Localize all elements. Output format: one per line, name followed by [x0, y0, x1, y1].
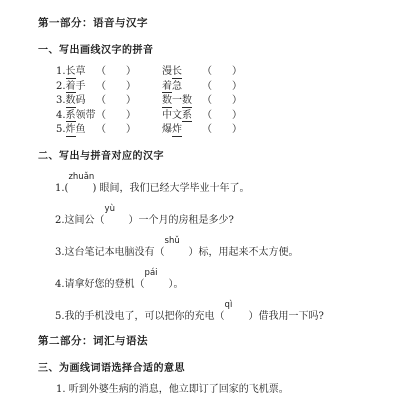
part2-title: 第二部分：词汇与语法	[38, 335, 390, 347]
pinyin-hint-line: 2.这间公（yù	[55, 203, 390, 214]
item-number: 4.	[56, 110, 66, 121]
character-text: 中文	[162, 110, 182, 121]
pinyin-hint-line: 3.这台笔记本电脑没有（shǔ	[55, 235, 390, 246]
word-second: 漫长	[162, 65, 202, 80]
pinyin-hint: pái	[145, 268, 158, 278]
word-first: 1.长草	[56, 65, 96, 80]
answer-blank: （）	[202, 65, 242, 80]
exercise-sentence: 4.请拿好您的登机（）。	[55, 278, 390, 291]
item-number: 2.	[56, 81, 66, 92]
underlined-character: 系	[182, 110, 192, 123]
underlined-character: 系	[66, 110, 76, 123]
word-second: 着急	[162, 80, 202, 95]
character-text: 一	[172, 95, 182, 106]
pinyin-hint-line: 5.我的手机没电了，可以把你的充电（qì	[55, 299, 390, 310]
underlined-character: 炸	[66, 124, 76, 137]
pinyin-hint: yù	[105, 204, 115, 214]
pinyin-row: 3.数码（）数一数（）	[56, 94, 390, 109]
underlined-character: 着	[162, 81, 172, 94]
item-number: 5.	[56, 124, 66, 135]
section1-title: 一、写出画线汉字的拼音	[38, 45, 390, 56]
underlined-character: 长	[66, 66, 76, 79]
underlined-character: 炸	[172, 124, 182, 137]
pinyin-hint-line: 4.请拿好您的登机（pái	[55, 267, 390, 278]
word-first: 2.着手	[56, 80, 96, 95]
underlined-character: 数	[162, 95, 172, 108]
answer-blank: （）	[202, 94, 242, 109]
word-second: 中文系	[162, 109, 202, 124]
pinyin-exercise-list: 1.长草（）漫长（）2.着手（）着急（）3.数码（）数一数（）4.系领带（）中文…	[56, 65, 390, 138]
pinyin-hint: zhuǎn	[68, 172, 94, 182]
pinyin-hint: qì	[225, 300, 233, 310]
character-text: 手	[76, 81, 86, 92]
character-text: 领带	[76, 110, 96, 121]
character-text: 漫	[162, 66, 172, 77]
pinyin-hint: shǔ	[165, 236, 180, 246]
answer-blank: （）	[96, 109, 136, 124]
character-text: 鱼	[76, 124, 86, 135]
answer-blank: （）	[96, 65, 136, 80]
word-first: 5.炸鱼	[56, 123, 96, 138]
character-text: 码	[76, 95, 86, 106]
pinyin-hint-line: 1.(zhuǎn	[55, 171, 390, 182]
underlined-character: 长	[172, 66, 182, 79]
word-second: 数一数	[162, 94, 202, 109]
word-first: 3.数码	[56, 94, 96, 109]
character-text: 爆	[162, 124, 172, 135]
exercise-sentence: 1.() 眼间，我们已经大学毕业十年了。	[55, 182, 390, 195]
character-exercise-item: 3.这台笔记本电脑没有（shǔ3.这台笔记本电脑没有（）标，用起来不太方便。	[55, 235, 390, 259]
pinyin-row: 5.炸鱼（）爆炸（）	[56, 123, 390, 138]
exercise-sentence: 2.这间公（）一个月的房租是多少?	[55, 214, 390, 227]
answer-blank: （）	[202, 123, 242, 138]
underlined-character: 数	[66, 95, 76, 108]
section2-title: 二、写出与拼音对应的汉字	[38, 151, 390, 162]
item-number: 3.	[56, 95, 66, 106]
meaning-exercise-item: 1. 听到外婆生病的消息，他立即订了回家的飞机票。	[56, 384, 390, 396]
exercise-sentence: 5.我的手机没电了，可以把你的充电（）借我用一下吗?	[55, 310, 390, 323]
section3-title: 三、为画线词语选择合适的意思	[38, 363, 390, 374]
pinyin-row: 1.长草（）漫长（）	[56, 65, 390, 80]
answer-blank: （）	[96, 94, 136, 109]
answer-blank: （）	[96, 123, 136, 138]
character-exercise-list: 1.(zhuǎn1.() 眼间，我们已经大学毕业十年了。2.这间公（yù2.这间…	[55, 171, 390, 323]
meaning-exercise-sentence: 1. 听到外婆生病的消息，他立即订了回家的飞机票。	[56, 384, 289, 395]
exercise-sentence: 3.这台笔记本电脑没有（）标，用起来不太方便。	[55, 246, 390, 259]
character-text: 草	[76, 66, 86, 77]
character-exercise-item: 5.我的手机没电了，可以把你的充电（qì5.我的手机没电了，可以把你的充电（）借…	[55, 299, 390, 323]
pinyin-row: 4.系领带（）中文系（）	[56, 109, 390, 124]
character-exercise-item: 1.(zhuǎn1.() 眼间，我们已经大学毕业十年了。	[55, 171, 390, 195]
underlined-character: 数	[182, 95, 192, 108]
underlined-character: 着	[66, 81, 76, 94]
answer-blank: （）	[202, 109, 242, 124]
character-text: 急	[172, 81, 182, 92]
part1-title: 第一部分：语音与汉字	[38, 17, 390, 29]
answer-blank: （）	[96, 80, 136, 95]
word-second: 爆炸	[162, 123, 202, 138]
item-number: 1.	[56, 66, 66, 77]
pinyin-row: 2.着手（）着急（）	[56, 80, 390, 95]
worksheet-page: 第一部分：语音与汉字 一、写出画线汉字的拼音 1.长草（）漫长（）2.着手（）着…	[0, 0, 400, 400]
answer-blank: （）	[202, 80, 242, 95]
character-exercise-item: 4.请拿好您的登机（pái4.请拿好您的登机（）。	[55, 267, 390, 291]
word-first: 4.系领带	[56, 109, 96, 124]
character-exercise-item: 2.这间公（yù2.这间公（）一个月的房租是多少?	[55, 203, 390, 227]
